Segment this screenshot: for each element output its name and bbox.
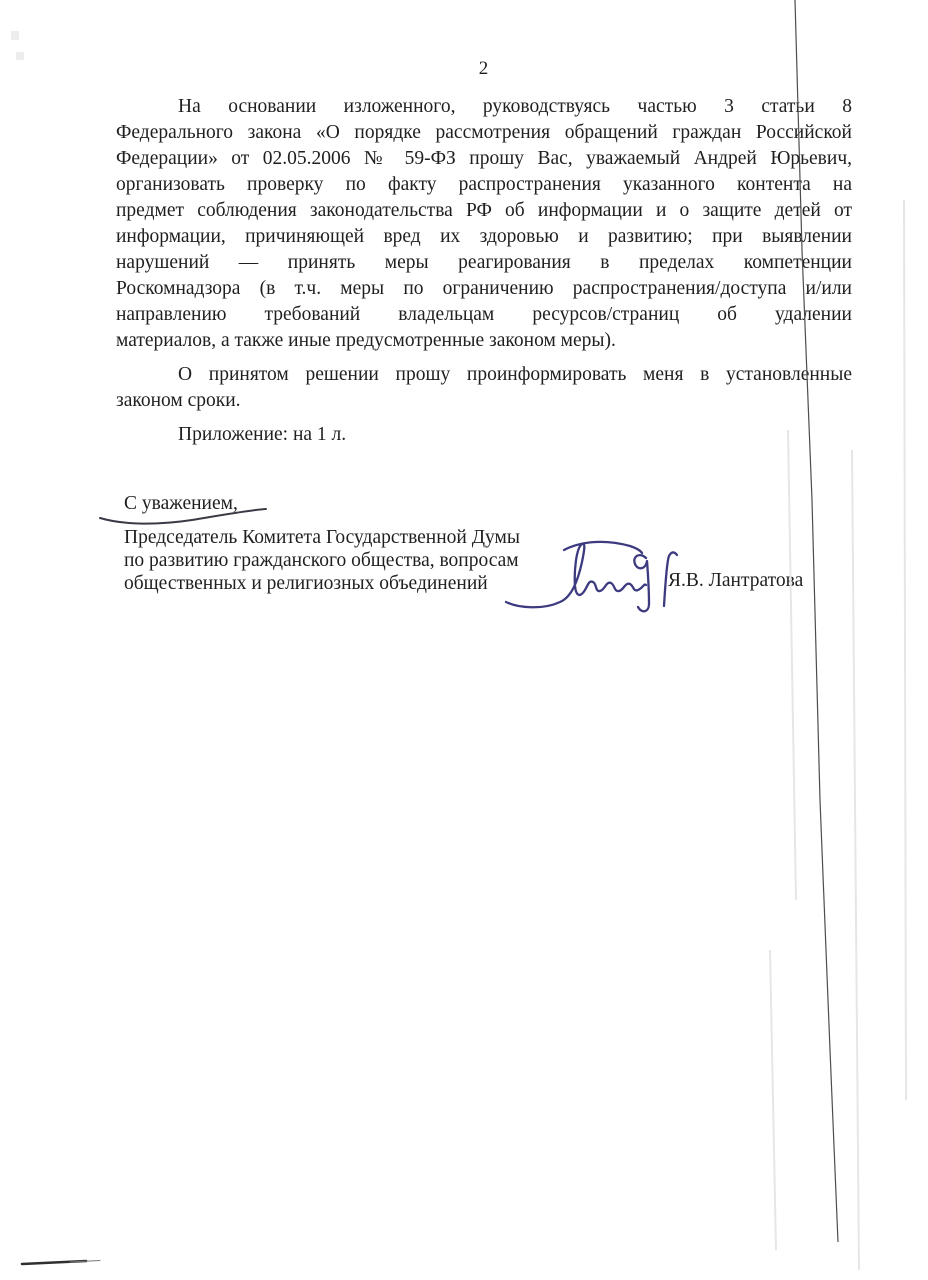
scanned-letter-page: 2 На основании изложенного, руководствуя… bbox=[0, 0, 928, 1280]
scan-streak bbox=[904, 200, 906, 1100]
text-line: предмет соблюдения законодательства РФ о… bbox=[116, 198, 852, 224]
signature-stroke bbox=[506, 544, 646, 608]
text-line: материалов, а также иные предусмотренные… bbox=[116, 328, 852, 354]
text-line: Федерации» от 02.05.2006 № 59-ФЗ прошу В… bbox=[116, 146, 852, 172]
scan-mark-bottom bbox=[22, 1261, 86, 1264]
text-line: О принятом решении прошу проинформироват… bbox=[116, 362, 852, 388]
scan-mark-bottom-tail bbox=[70, 1261, 100, 1263]
signer-title-lines: Председатель Комитета Государственной Ду… bbox=[124, 526, 520, 595]
signature-stroke bbox=[634, 555, 649, 611]
text-line: На основании изложенного, руководствуясь… bbox=[116, 94, 852, 120]
signature-stroke bbox=[564, 542, 642, 553]
paragraph: О принятом решении прошу проинформироват… bbox=[116, 362, 852, 414]
text-line: Федерального закона «О порядке рассмотре… bbox=[116, 120, 852, 146]
text-line: законом сроки. bbox=[116, 388, 852, 414]
scan-speck bbox=[16, 52, 24, 60]
scan-streak bbox=[788, 430, 796, 900]
text-line: информации, причиняющей вред их здоровью… bbox=[116, 224, 852, 250]
signer-title-line: Председатель Комитета Государственной Ду… bbox=[124, 526, 520, 549]
scan-streak bbox=[770, 950, 776, 1250]
signer-name: Я.В. Лантратова bbox=[668, 570, 803, 592]
handwritten-signature bbox=[506, 542, 677, 611]
text-line: Приложение: на 1 л. bbox=[116, 422, 852, 448]
text-line: организовать проверку по факту распростр… bbox=[116, 172, 852, 198]
page-number: 2 bbox=[116, 58, 852, 80]
text-line: нарушений — принять меры реагирования в … bbox=[116, 250, 852, 276]
scan-streak bbox=[852, 450, 859, 1270]
text-line: Роскомнадзора (в т.ч. меры по ограничени… bbox=[116, 276, 852, 302]
closing-salutation: С уважением, bbox=[124, 492, 238, 516]
signer-title-line: по развитию гражданского общества, вопро… bbox=[124, 549, 520, 572]
paragraph: Приложение: на 1 л. bbox=[116, 422, 852, 448]
scan-speck bbox=[11, 31, 19, 40]
body-text: На основании изложенного, руководствуясь… bbox=[116, 94, 852, 448]
text-line: направлению требований владельцам ресурс… bbox=[116, 302, 852, 328]
signer-title-line: общественных и религиозных объединений bbox=[124, 572, 520, 595]
paragraph: На основании изложенного, руководствуясь… bbox=[116, 94, 852, 354]
